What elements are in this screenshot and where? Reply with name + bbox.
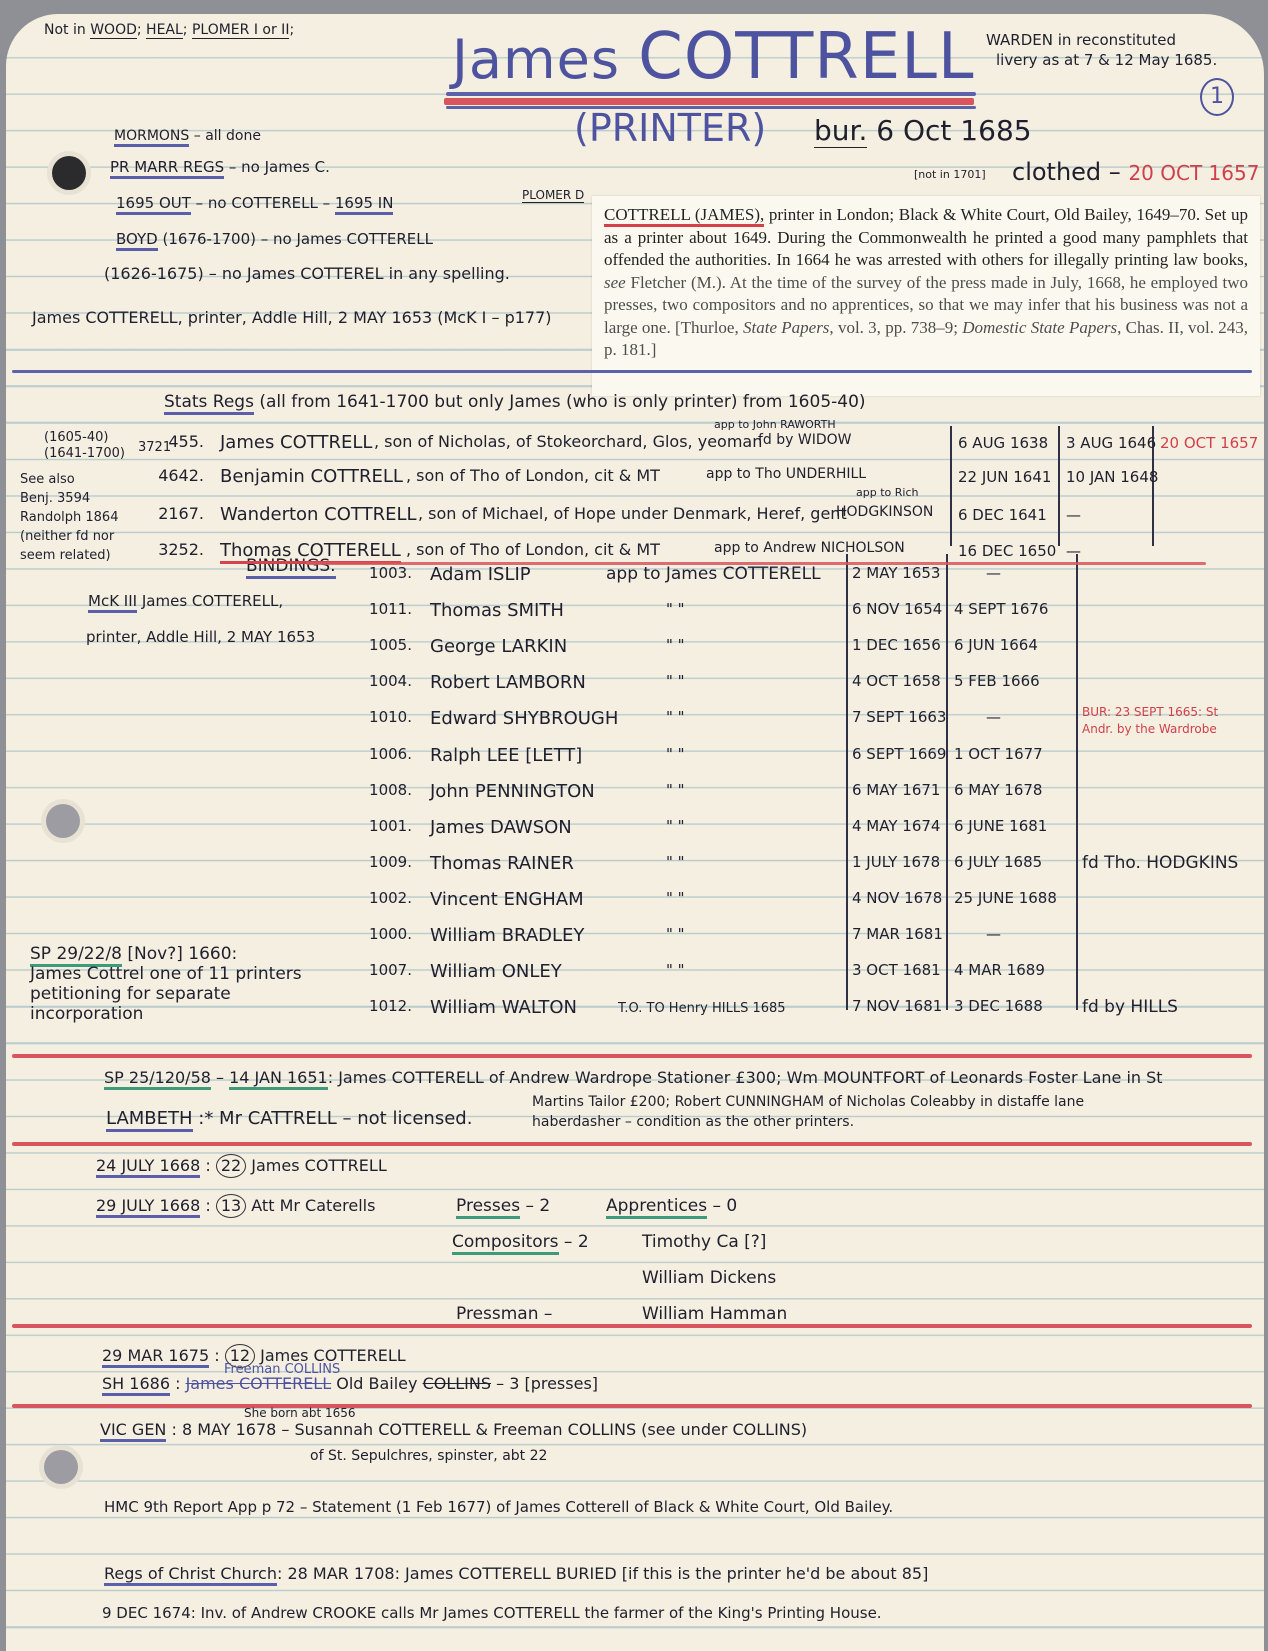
- binding-row-master: " ": [666, 745, 685, 763]
- stats-row-freed-date: —: [1066, 506, 1081, 524]
- survey-compositors: Compositors – 2: [452, 1232, 589, 1252]
- not-in-1701-note: [not in 1701]: [914, 168, 986, 181]
- page-title: James COTTRELL: [452, 20, 975, 94]
- stats-row-master-note: app to John RAWORTH: [714, 418, 836, 431]
- stats-col-line-2: [1058, 426, 1060, 546]
- pressman-name: William Hamman: [642, 1304, 787, 1324]
- binding-row-number: 1005.: [356, 636, 412, 654]
- punch-hole-top: [52, 156, 86, 190]
- compositor-name-2: William Dickens: [642, 1268, 776, 1288]
- bindings-col-line-1: [846, 554, 848, 1010]
- stats-row-master: HODGKINSON: [836, 504, 933, 520]
- binding-row-bound-date: 6 NOV 1654: [852, 600, 942, 618]
- binding-row-name: Thomas SMITH: [430, 600, 564, 621]
- stats-row-description: , son of Tho of London, cit & MT: [406, 540, 660, 559]
- binding-row-number: 1002.: [356, 889, 412, 907]
- stats-row-bound-date: 6 DEC 1641: [958, 506, 1047, 524]
- binding-row-note: fd Tho. HODGKINS: [1082, 853, 1238, 873]
- section-divider-red-3: [12, 1324, 1252, 1328]
- binding-row-number: 1001.: [356, 817, 412, 835]
- stats-row-master: fd by WIDOW: [758, 432, 852, 448]
- binding-row-number: 1003.: [356, 564, 412, 582]
- stats-row-master: app to Tho UNDERHILL: [706, 466, 866, 482]
- stats-row-name: James COTTRELL: [220, 432, 372, 453]
- stats-row-bound-date: 22 JUN 1641: [958, 468, 1051, 486]
- binding-row-bound-date: 6 MAY 1671: [852, 781, 940, 799]
- binding-row-bound-date: 7 NOV 1681: [852, 997, 942, 1015]
- binding-row-bound-date: 6 SEPT 1669: [852, 745, 946, 763]
- plomer-dictionary-clipping: COTTRELL (JAMES), printer in London; Bla…: [592, 196, 1260, 396]
- binding-row-name: Adam ISLIP: [430, 564, 531, 585]
- title-underline-red: [444, 98, 974, 105]
- stats-row-number: 2167.: [156, 504, 204, 523]
- lambeth-note: LAMBETH :* Mr CATTRELL – not licensed.: [106, 1108, 472, 1129]
- binding-row-master: app to James COTTERELL: [606, 564, 821, 584]
- binding-row-name: Edward SHYBROUGH: [430, 708, 618, 729]
- note-1695: 1695 OUT – no COTTERELL – 1695 IN: [116, 194, 393, 212]
- stats-row-number: 455.: [156, 432, 204, 451]
- section-divider-red-4: [12, 1404, 1252, 1408]
- binding-row-name: William ONLEY: [430, 961, 562, 982]
- binding-row-bound-date: 2 MAY 1653: [852, 564, 940, 582]
- mck3-note-line2: printer, Addle Hill, 2 MAY 1653: [86, 628, 315, 646]
- punch-hole-bottom: [44, 1450, 78, 1484]
- survey-pressman: Pressman –: [456, 1304, 552, 1324]
- entry-hmc: HMC 9th Report App p 72 – Statement (1 F…: [104, 1498, 893, 1516]
- sp25-note-line3: haberdasher – condition as the other pri…: [532, 1114, 854, 1130]
- binding-row-number: 1004.: [356, 672, 412, 690]
- stats-row-description: , son of Nicholas, of Stokeorchard, Glos…: [374, 432, 762, 451]
- binding-row-note: fd by HILLS: [1082, 997, 1178, 1017]
- binding-row-number: 1006.: [356, 745, 412, 763]
- binding-row-number: 1008.: [356, 781, 412, 799]
- stats-row-number: 3252.: [156, 540, 204, 559]
- binding-row-name: Thomas RAINER: [430, 853, 574, 874]
- stats-row-master: app to Andrew NICHOLSON: [714, 540, 905, 556]
- entry-sh-1686: SH 1686 : James COTTERELL Old Bailey COL…: [102, 1374, 598, 1393]
- stats-regs-heading: Stats Regs (all from 1641-1700 but only …: [164, 392, 866, 412]
- binding-row-freed-date: 4 SEPT 1676: [954, 600, 1048, 618]
- section-divider-red-1: [12, 1054, 1252, 1058]
- binding-row-number: 1007.: [356, 961, 412, 979]
- binding-row-name: Ralph LEE [LETT]: [430, 745, 582, 766]
- binding-row-name: Vincent ENGHAM: [430, 889, 584, 910]
- clothed-note: clothed – 20 OCT 1657: [1012, 158, 1259, 186]
- binding-row-bound-date: 4 MAY 1674: [852, 817, 940, 835]
- binding-row-freed-date: 4 MAR 1689: [954, 961, 1045, 979]
- section-divider-blue: [12, 370, 1252, 373]
- punch-hole-middle: [46, 804, 80, 838]
- binding-row-freed-date: —: [986, 564, 1001, 582]
- survey-presses: Presses – 2: [456, 1196, 550, 1216]
- note-boyd-earlier: (1626-1675) – no James COTTEREL in any s…: [104, 264, 510, 283]
- sp29-note: SP 29/22/8 [Nov?] 1660: James Cottrel on…: [30, 944, 302, 1024]
- binding-row-number: 1009.: [356, 853, 412, 871]
- binding-row-freed-date: 1 OCT 1677: [954, 745, 1043, 763]
- subtitle-printer: (PRINTER): [574, 106, 766, 150]
- plomer-label: PLOMER D: [522, 188, 584, 202]
- stats-row-name: Thomas COTTERELL: [220, 540, 401, 564]
- binding-row-bound-date: 3 OCT 1681: [852, 961, 941, 979]
- binding-row-bound-date: 1 DEC 1656: [852, 636, 941, 654]
- stats-row-name: Wanderton COTTRELL: [220, 504, 417, 525]
- binding-row-number: 1000.: [356, 925, 412, 943]
- stats-row-freed-date: 3 AUG 1646: [1066, 434, 1156, 452]
- stats-row-description: , son of Michael, of Hope under Denmark,…: [418, 504, 847, 523]
- binding-row-name: James DAWSON: [430, 817, 572, 838]
- binding-row-bound-date: 4 OCT 1658: [852, 672, 941, 690]
- notecard-page: Not in WOOD; HEAL; PLOMER I or II; James…: [6, 14, 1264, 1651]
- binding-row-bound-date: 7 SEPT 1663: [852, 708, 946, 726]
- entry-christ-church: Regs of Christ Church: 28 MAR 1708: Jame…: [104, 1564, 928, 1583]
- binding-row-freed-date: —: [986, 925, 1001, 943]
- stats-regs-side-ranges: (1605-40) (1641-1700): [44, 430, 134, 462]
- note-mormons: MORMONS – all done: [114, 128, 261, 144]
- binding-row-bound-date: 4 NOV 1678: [852, 889, 942, 907]
- binding-row-number: 1012.: [356, 997, 412, 1015]
- binding-row-master: " ": [666, 853, 685, 871]
- binding-row-bound-date: 1 JULY 1678: [852, 853, 940, 871]
- binding-row-bound-date: 7 MAR 1681: [852, 925, 943, 943]
- compositor-name-1: Timothy Ca [?]: [642, 1232, 766, 1252]
- stats-row-freed-date: —: [1066, 542, 1081, 560]
- binding-row-freed-date: 6 JUNE 1681: [954, 817, 1047, 835]
- bindings-col-line-2: [946, 554, 948, 1010]
- note-boyd: BOYD (1676-1700) – no James COTTERELL: [116, 230, 433, 248]
- bindings-col-line-3: [1076, 554, 1078, 1010]
- stats-row-name: Benjamin COTTRELL: [220, 466, 403, 487]
- entry-vic-gen: VIC GEN : 8 MAY 1678 – Susannah COTTEREL…: [100, 1420, 807, 1439]
- binding-row-name: George LARKIN: [430, 636, 567, 657]
- mck3-note: McK III James COTTERELL,: [88, 592, 283, 610]
- sp25-note: SP 25/120/58 – 14 JAN 1651: James COTTER…: [104, 1068, 1163, 1087]
- binding-row-master: " ": [666, 708, 685, 726]
- binding-row-master: T.O. TO Henry HILLS 1685: [618, 1001, 786, 1016]
- binding-row-master: " ": [666, 672, 685, 690]
- binding-row-freed-date: 5 FEB 1666: [954, 672, 1040, 690]
- survey-29-july: 29 JULY 1668 : 13 Att Mr Caterells: [96, 1194, 375, 1218]
- binding-row-master: " ": [666, 600, 685, 618]
- section-divider-red-2: [12, 1142, 1252, 1146]
- binding-row-master: " ": [666, 781, 685, 799]
- stats-row-description: , son of Tho of London, cit & MT: [406, 466, 660, 485]
- binding-row-freed-date: 6 JUN 1664: [954, 636, 1038, 654]
- stats-row-freed-date: 10 JAN 1648: [1066, 468, 1158, 486]
- binding-row-master: " ": [666, 925, 685, 943]
- binding-row-freed-date: 25 JUNE 1688: [954, 889, 1057, 907]
- stats-row-master-note: app to Rich: [856, 486, 918, 499]
- entry-crooke: 9 DEC 1674: Inv. of Andrew CROOKE calls …: [102, 1604, 882, 1622]
- binding-row-master: " ": [666, 636, 685, 654]
- binding-row-number: 1010.: [356, 708, 412, 726]
- entry-vic-gen-line2: of St. Sepulchres, spinster, abt 22: [310, 1448, 547, 1464]
- binding-row-freed-date: 6 MAY 1678: [954, 781, 1042, 799]
- page-number-badge: 1: [1200, 78, 1234, 116]
- binding-row-master: " ": [666, 889, 685, 907]
- binding-row-name: William BRADLEY: [430, 925, 584, 946]
- stats-row-bound-date: 6 AUG 1638: [958, 434, 1048, 452]
- binding-row-master: " ": [666, 961, 685, 979]
- see-also-note: See also Benj. 3594 Randolph 1864 (neith…: [20, 470, 118, 565]
- note-pr-marr-regs: PR MARR REGS – no James C.: [110, 158, 330, 176]
- sp25-note-line2: Martins Tailor £200; Robert CUNNINGHAM o…: [532, 1094, 1084, 1110]
- warden-note: WARDEN in reconstituted livery as at 7 &…: [986, 30, 1217, 70]
- binding-row-master: " ": [666, 817, 685, 835]
- stats-row-clothed-date: 20 OCT 1657: [1160, 434, 1258, 452]
- binding-row-freed-date: —: [986, 708, 1001, 726]
- note-mck: James COTTERELL, printer, Addle Hill, 2 …: [32, 308, 552, 327]
- binding-row-name: Robert LAMBORN: [430, 672, 586, 693]
- binding-row-name: William WALTON: [430, 997, 577, 1018]
- top-note: Not in WOOD; HEAL; PLOMER I or II;: [44, 22, 294, 38]
- binding-row-freed-date: 6 JULY 1685: [954, 853, 1042, 871]
- stats-col-line-1: [950, 426, 952, 546]
- binding-row-name: John PENNINGTON: [430, 781, 595, 802]
- burial-date: bur. 6 Oct 1685: [814, 114, 1032, 147]
- title-underline-blue: [446, 92, 976, 96]
- stats-row-number: 4642.: [156, 466, 204, 485]
- stats-row-bound-date: 16 DEC 1650: [958, 542, 1056, 560]
- vic-gen-above-note: She born abt 1656: [244, 1406, 356, 1420]
- survey-apprentices: Apprentices – 0: [606, 1196, 737, 1216]
- survey-24-july: 24 JULY 1668 : 22 James COTTRELL: [96, 1154, 387, 1178]
- binding-row-number: 1011.: [356, 600, 412, 618]
- binding-row-note: BUR: 23 SEPT 1665: St Andr. by the Wardr…: [1082, 704, 1252, 738]
- binding-row-freed-date: 3 DEC 1688: [954, 997, 1043, 1015]
